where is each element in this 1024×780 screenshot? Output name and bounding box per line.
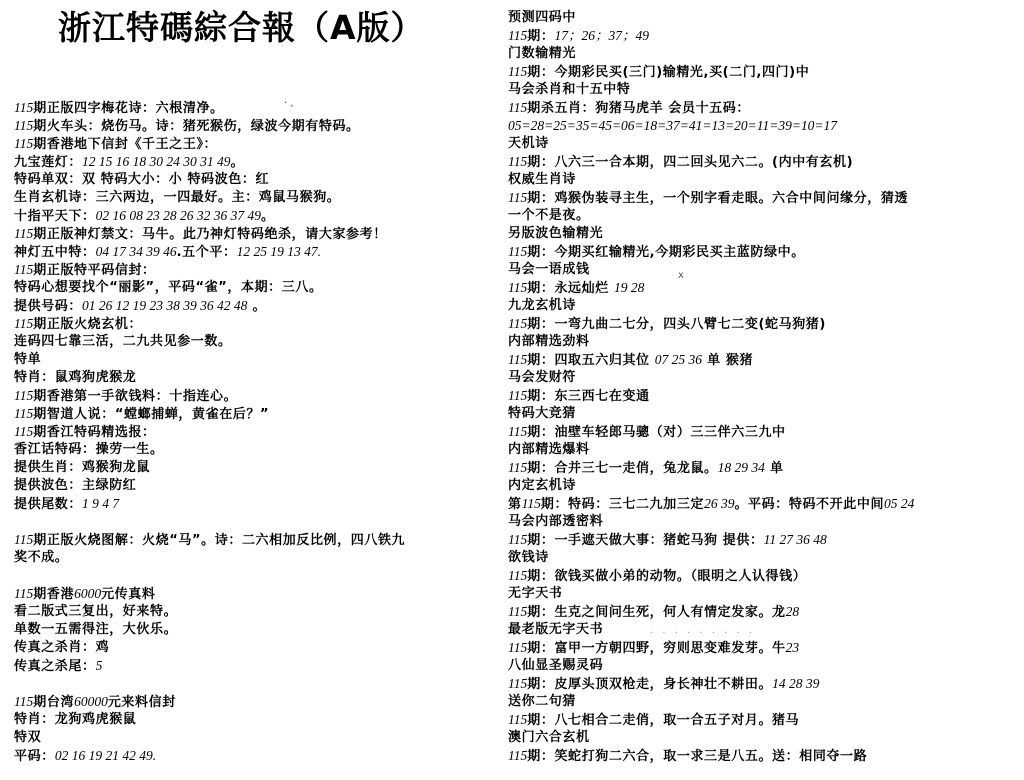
text-line: 看二版式三复出，好来特。 xyxy=(14,603,504,621)
number-text: 11 27 36 48 xyxy=(764,532,827,547)
text-line: 115期：今期彩民买(三门)输精光,买(二门,四门)中 xyxy=(508,63,1018,81)
chinese-text: 最老版无字天书 xyxy=(508,622,603,637)
number-text: 115 xyxy=(508,154,527,169)
text-line: 生肖玄机诗：三六两边，一四最好。主：鸡鼠马猴狗。 xyxy=(14,189,504,207)
chinese-text: 期：一手遮天做大事：猪蛇马狗 提供： xyxy=(527,533,763,548)
number-text: 115 xyxy=(508,604,527,619)
chinese-text: 期：永远灿烂 xyxy=(527,281,614,296)
blank-line xyxy=(14,513,504,531)
number-text: 115 xyxy=(14,694,33,709)
text-line: 115期香港第一手欲钱料：十指连心。 xyxy=(14,387,504,405)
text-line: 九宝莲灯：12 15 16 18 30 24 30 31 49。 xyxy=(14,153,504,171)
chinese-text: 元传真料 xyxy=(101,587,155,602)
number-text: 1 9 4 7 xyxy=(82,496,119,511)
number-text: 115 xyxy=(508,316,527,331)
text-line: 特码大竞猜 xyxy=(508,405,1018,423)
text-line: 115期：合并三七一走俏，兔龙鼠。18 29 34 单 xyxy=(508,459,1018,477)
chinese-text: 期香港 xyxy=(33,587,74,602)
text-line: 115期正版神灯禁文：马牛。此乃神灯特码绝杀，请大家参考！ xyxy=(14,225,504,243)
chinese-text: 期：八七相合二走俏，取一合五子对月。猪马 xyxy=(527,713,799,728)
text-line: 传真之杀尾：5 xyxy=(14,657,504,675)
chinese-text: 期：今期彩民买(三门)输精光,买(二门,四门)中 xyxy=(527,65,809,80)
chinese-text: 期正版特平码信封： xyxy=(33,263,155,278)
text-line: 八仙显圣赐灵码 xyxy=(508,657,1018,675)
chinese-text: 提供生肖：鸡猴狗龙鼠 xyxy=(14,460,150,475)
chinese-text: 期正版火烧玄机： xyxy=(33,317,142,332)
text-line: 特肖：龙狗鸡虎猴鼠 xyxy=(14,711,504,729)
chinese-text: 送你二句猜 xyxy=(508,694,576,709)
text-line: 115期：今期买红输精光,今期彩民买主蓝防绿中。 xyxy=(508,243,1018,261)
number-text: 115 xyxy=(14,136,33,151)
chinese-text: 。平码：特码不开此中间 xyxy=(734,497,884,512)
text-line: 无字天书 xyxy=(508,585,1018,603)
chinese-text: 单 xyxy=(765,461,784,476)
text-line: 内部精选爆料 xyxy=(508,441,1018,459)
text-line: 平码：02 16 19 21 42 49. xyxy=(14,747,504,765)
chinese-text: 奖不成。 xyxy=(14,550,68,565)
chinese-text: 九宝莲灯： xyxy=(14,155,82,170)
chinese-text: 生肖玄机诗：三六两边，一四最好。主：鸡鼠马猴狗。 xyxy=(14,190,340,205)
text-line: 115期：八六三一合本期，四二回头见六二。(内中有玄机) xyxy=(508,153,1018,171)
text-line: 马会发财符 xyxy=(508,369,1018,387)
chinese-text: 期： xyxy=(527,29,554,44)
text-line: 115期：八七相合二走俏，取一合五子对月。猪马 xyxy=(508,711,1018,729)
text-line: 天机诗 xyxy=(508,135,1018,153)
chinese-text: 十指平天下： xyxy=(14,209,96,224)
chinese-text: 权威生肖诗 xyxy=(508,172,576,187)
text-line: 特双 xyxy=(14,729,504,747)
chinese-text: 马会内部透密料 xyxy=(508,514,603,529)
number-text: 60000 xyxy=(74,694,108,709)
right-column: 预测四码中115期：17；26；37；49门数输精光115期：今期彩民买(三门)… xyxy=(508,9,1018,765)
number-text: 115 xyxy=(508,568,527,583)
chinese-text: 。 xyxy=(231,155,245,170)
number-text: 5 xyxy=(96,658,103,673)
number-text: 115 xyxy=(14,406,33,421)
chinese-text: 澳门六合玄机 xyxy=(508,730,590,745)
chinese-text: 期香江特码精选报： xyxy=(33,425,155,440)
text-line: 提供号码：01 26 12 19 23 38 39 36 42 48 。 xyxy=(14,297,504,315)
chinese-text: 欲钱诗 xyxy=(508,550,549,565)
chinese-text: 期：笑蛇打狗二六合，取一求三是八五。送：相同夺一路 xyxy=(527,749,867,764)
chinese-text: 平码： xyxy=(14,749,55,764)
text-line: 连码四七靠三活，二九共见参一数。 xyxy=(14,333,504,351)
number-text: 115 xyxy=(14,118,33,133)
text-line: 特肖：鼠鸡狗虎猴龙 xyxy=(14,369,504,387)
chinese-text: 神灯五中特： xyxy=(14,245,96,260)
number-text: 14 28 39 xyxy=(772,676,819,691)
text-line: 提供尾数：1 9 4 7 xyxy=(14,495,504,513)
text-line: 115期：生克之间问生死，何人有情定发家。龙28 xyxy=(508,603,1018,621)
text-line: 115期：永远灿烂 19 28 xyxy=(508,279,1018,297)
text-line: 115期：东三西七在变通 xyxy=(508,387,1018,405)
chinese-text: 九龙玄机诗 xyxy=(508,298,576,313)
number-text: 115 xyxy=(14,262,33,277)
chinese-text: 期正版火烧图解：火烧“马”。诗：二六相加反比例，四八铁九 xyxy=(33,533,405,548)
text-line: 115期智道人说：“螳螂捕蝉，黄雀在后？” xyxy=(14,405,504,423)
number-text: 01 26 12 19 23 38 39 36 42 48 xyxy=(82,298,247,313)
number-text: 115 xyxy=(508,424,527,439)
text-line: 115期：一手遮天做大事：猪蛇马狗 提供：11 27 36 48 xyxy=(508,531,1018,549)
text-line: 115期火车头：烧伤马。诗：猪死猴伤，绿波今期有特码。 xyxy=(14,117,504,135)
chinese-text: 门数输精光 xyxy=(508,46,576,61)
chinese-text: 马会一语成钱 xyxy=(508,262,590,277)
number-text: 115 xyxy=(508,748,527,763)
chinese-text: 期：今期买红输精光,今期彩民买主蓝防绿中。 xyxy=(527,245,805,260)
chinese-text: 特码大竞猜 xyxy=(508,406,576,421)
chinese-text: 期正版神灯禁文：马牛。此乃神灯特码绝杀，请大家参考！ xyxy=(33,227,387,242)
chinese-text: 特码单双：双 特码大小：小 特码波色：红 xyxy=(14,172,269,187)
number-text: 12 25 19 13 47. xyxy=(237,244,321,259)
chinese-text: 期智道人说：“螳螂捕蝉，黄雀在后？” xyxy=(33,407,269,422)
chinese-text: 期火车头：烧伤马。诗：猪死猴伤，绿波今期有特码。 xyxy=(33,119,359,134)
number-text: 05=28=25=35=45=06=18=37=41=13=20=11=39=1… xyxy=(508,118,837,133)
text-line: 欲钱诗 xyxy=(508,549,1018,567)
number-text: 115 xyxy=(508,532,527,547)
text-line: 一个不是夜。 xyxy=(508,207,1018,225)
text-line: 115期：一弯九曲二七分，四头八臂七二变(蛇马狗猪) xyxy=(508,315,1018,333)
text-line: 最老版无字天书 xyxy=(508,621,1018,639)
text-line: 115期香港地下信封《千王之王》： xyxy=(14,135,504,153)
chinese-text: 。 xyxy=(261,209,275,224)
chinese-text: 单数一五需得注，大伙乐。 xyxy=(14,622,177,637)
text-line: 115期香江特码精选报： xyxy=(14,423,504,441)
text-line: 115期：富甲一方朝四野，穷则思变难发芽。牛23 xyxy=(508,639,1018,657)
number-text: 02 16 19 21 42 49. xyxy=(55,748,156,763)
chinese-text: 期：东三西七在变通 xyxy=(527,389,649,404)
chinese-text: 传真之杀尾： xyxy=(14,659,96,674)
text-line: 115期：油壁车轻郎马骢（对）三三伴六三九中 xyxy=(508,423,1018,441)
text-line: 香江话特码：操劳一生。 xyxy=(14,441,504,459)
chinese-text: 特码心想要找个“丽影”，平码“雀”，本期：三八。 xyxy=(14,280,323,295)
number-text: 115 xyxy=(508,28,527,43)
chinese-text: 内部精选爆料 xyxy=(508,442,590,457)
text-line: 115期正版火烧玄机： xyxy=(14,315,504,333)
chinese-text: 期：鸡猴伪装寻主生，一个别字看走眼。六合中间问缘分，猜透 xyxy=(527,191,908,206)
chinese-text: 期香港第一手欲钱料：十指连心。 xyxy=(33,389,237,404)
chinese-text: 天机诗 xyxy=(508,136,549,151)
text-line: 传真之杀肖：鸡 xyxy=(14,639,504,657)
chinese-text: 期杀五肖：狗猪马虎羊 会员十五码： xyxy=(527,101,750,116)
chinese-text: 期：八六三一合本期，四二回头见六二。(内中有玄机) xyxy=(527,155,853,170)
chinese-text: 期台湾 xyxy=(33,695,74,710)
number-text: 07 25 36 xyxy=(655,352,702,367)
text-line: 提供波色：主绿防红 xyxy=(14,477,504,495)
number-text: 23 xyxy=(786,640,800,655)
text-line: 特码单双：双 特码大小：小 特码波色：红 xyxy=(14,171,504,189)
number-text: 115 xyxy=(522,496,541,511)
text-line: 115期：皮厚头顶双枪走，身长神壮不耕田。14 28 39 xyxy=(508,675,1018,693)
chinese-text: 马会发财符 xyxy=(508,370,576,385)
chinese-text: 香江话特码：操劳一生。 xyxy=(14,442,164,457)
number-text: 115 xyxy=(14,532,33,547)
number-text: 115 xyxy=(508,100,527,115)
blank-line xyxy=(14,567,504,585)
text-line: 权威生肖诗 xyxy=(508,171,1018,189)
text-line: 115期：鸡猴伪装寻主生，一个别字看走眼。六合中间问缘分，猜透 xyxy=(508,189,1018,207)
text-line: 第115期：特码：三七二九加三定26 39。平码：特码不开此中间05 24 xyxy=(508,495,1018,513)
number-text: 115 xyxy=(508,640,527,655)
chinese-text: 提供波色：主绿防红 xyxy=(14,478,136,493)
chinese-text: 八仙显圣赐灵码 xyxy=(508,658,603,673)
text-line: 提供生肖：鸡猴狗龙鼠 xyxy=(14,459,504,477)
text-line: 马会杀肖和十五中特 xyxy=(508,81,1018,99)
number-text: 12 15 16 18 30 24 30 31 49 xyxy=(82,154,231,169)
chinese-text: 期：特码：三七二九加三定 xyxy=(541,497,704,512)
chinese-text: 无字天书 xyxy=(508,586,562,601)
chinese-text: 内部精选劲料 xyxy=(508,334,590,349)
chinese-text: 连码四七靠三活，二九共见参一数。 xyxy=(14,334,232,349)
number-text: 17；26；37；49 xyxy=(554,28,649,43)
number-text: 19 28 xyxy=(614,280,644,295)
text-line: 115期：欲钱买做小弟的动物。（眼明之人认得钱） xyxy=(508,567,1018,585)
chinese-text: 另版波色输精光 xyxy=(508,226,603,241)
text-line: 115期香港6000元传真料 xyxy=(14,585,504,603)
text-line: 预测四码中 xyxy=(508,9,1018,27)
chinese-text: 期正版四字梅花诗：六根清净。 xyxy=(33,101,223,116)
text-line: 马会内部透密料 xyxy=(508,513,1018,531)
text-line: 内部精选劲料 xyxy=(508,333,1018,351)
number-text: 28 xyxy=(786,604,800,619)
number-text: 115 xyxy=(14,424,33,439)
text-line: 115期：四取五六归其位 07 25 36 单 猴猪 xyxy=(508,351,1018,369)
number-text: 115 xyxy=(14,586,33,601)
number-text: 6000 xyxy=(74,586,101,601)
chinese-text: 期香港地下信封《千王之王》： xyxy=(33,137,217,152)
chinese-text: .五个平： xyxy=(177,245,237,260)
number-text: 115 xyxy=(508,190,527,205)
text-line: 115期：笑蛇打狗二六合，取一求三是八五。送：相同夺一路 xyxy=(508,747,1018,765)
page-title: 浙江特碼綜合報（A版） xyxy=(58,6,425,50)
number-text: 115 xyxy=(508,64,527,79)
chinese-text: 特双 xyxy=(14,730,41,745)
number-text: 26 39 xyxy=(704,496,734,511)
blank-line xyxy=(14,675,504,693)
number-text: 115 xyxy=(14,226,33,241)
number-text: 02 16 08 23 28 26 32 36 37 49 xyxy=(96,208,261,223)
chinese-text: 内定玄机诗 xyxy=(508,478,576,493)
text-line: 单数一五需得注，大伙乐。 xyxy=(14,621,504,639)
chinese-text: 第 xyxy=(508,497,522,512)
text-line: 115期：17；26；37；49 xyxy=(508,27,1018,45)
number-text: 115 xyxy=(14,100,33,115)
chinese-text: 期：生克之间问生死，何人有情定发家。龙 xyxy=(527,605,785,620)
chinese-text: 马会杀肖和十五中特 xyxy=(508,82,630,97)
text-line: 特码心想要找个“丽影”，平码“雀”，本期：三八。 xyxy=(14,279,504,297)
number-text: 115 xyxy=(508,712,527,727)
chinese-text: 特单 xyxy=(14,352,41,367)
text-line: 澳门六合玄机 xyxy=(508,729,1018,747)
text-line: 门数输精光 xyxy=(508,45,1018,63)
chinese-text: 期：油壁车轻郎马骢（对）三三伴六三九中 xyxy=(527,425,785,440)
number-text: 05 24 xyxy=(884,496,914,511)
text-line: 特单 xyxy=(14,351,504,369)
chinese-text: 特肖：鼠鸡狗虎猴龙 xyxy=(14,370,136,385)
chinese-text: 提供尾数： xyxy=(14,497,82,512)
text-line: 九龙玄机诗 xyxy=(508,297,1018,315)
left-column: 115期正版四字梅花诗：六根清净。115期火车头：烧伤马。诗：猪死猴伤，绿波今期… xyxy=(14,99,504,765)
number-text: 115 xyxy=(508,280,527,295)
text-line: 马会一语成钱 xyxy=(508,261,1018,279)
text-line: 神灯五中特：04 17 34 39 46.五个平：12 25 19 13 47. xyxy=(14,243,504,261)
chinese-text: 期：一弯九曲二七分，四头八臂七二变(蛇马狗猪) xyxy=(527,317,826,332)
chinese-text: 期：四取五六归其位 xyxy=(527,353,655,368)
text-line: 115期正版四字梅花诗：六根清净。 xyxy=(14,99,504,117)
chinese-text: 预测四码中 xyxy=(508,10,576,25)
chinese-text: 传真之杀肖：鸡 xyxy=(14,640,109,655)
chinese-text: 期：皮厚头顶双枪走，身长神壮不耕田。 xyxy=(527,677,772,692)
chinese-text: 。 xyxy=(247,299,266,314)
number-text: 18 29 34 xyxy=(718,460,765,475)
chinese-text: 期：富甲一方朝四野，穷则思变难发芽。牛 xyxy=(527,641,785,656)
number-text: 04 17 34 39 46 xyxy=(96,244,177,259)
text-line: 115期台湾60000元来料信封 xyxy=(14,693,504,711)
text-line: 115期正版特平码信封： xyxy=(14,261,504,279)
text-line: 送你二句猜 xyxy=(508,693,1018,711)
text-line: 115期正版火烧图解：火烧“马”。诗：二六相加反比例，四八铁九 xyxy=(14,531,504,549)
chinese-text: 期：合并三七一走俏，兔龙鼠。 xyxy=(527,461,717,476)
chinese-text: 看二版式三复出，好来特。 xyxy=(14,604,177,619)
chinese-text: 期：欲钱买做小弟的动物。（眼明之人认得钱） xyxy=(527,569,806,584)
number-text: 115 xyxy=(508,460,527,475)
number-text: 115 xyxy=(508,244,527,259)
number-text: 115 xyxy=(508,352,527,367)
number-text: 115 xyxy=(508,676,527,691)
chinese-text: 单 猴猪 xyxy=(702,353,753,368)
text-line: 115期杀五肖：狗猪马虎羊 会员十五码： xyxy=(508,99,1018,117)
number-text: 115 xyxy=(14,388,33,403)
text-line: 奖不成。 xyxy=(14,549,504,567)
text-line: 05=28=25=35=45=06=18=37=41=13=20=11=39=1… xyxy=(508,117,1018,135)
chinese-text: 一个不是夜。 xyxy=(508,208,590,223)
text-line: 内定玄机诗 xyxy=(508,477,1018,495)
number-text: 115 xyxy=(14,316,33,331)
chinese-text: 特肖：龙狗鸡虎猴鼠 xyxy=(14,712,136,727)
chinese-text: 元来料信封 xyxy=(108,695,176,710)
text-line: 另版波色输精光 xyxy=(508,225,1018,243)
chinese-text: 提供号码： xyxy=(14,299,82,314)
number-text: 115 xyxy=(508,388,527,403)
text-line: 十指平天下：02 16 08 23 28 26 32 36 37 49。 xyxy=(14,207,504,225)
